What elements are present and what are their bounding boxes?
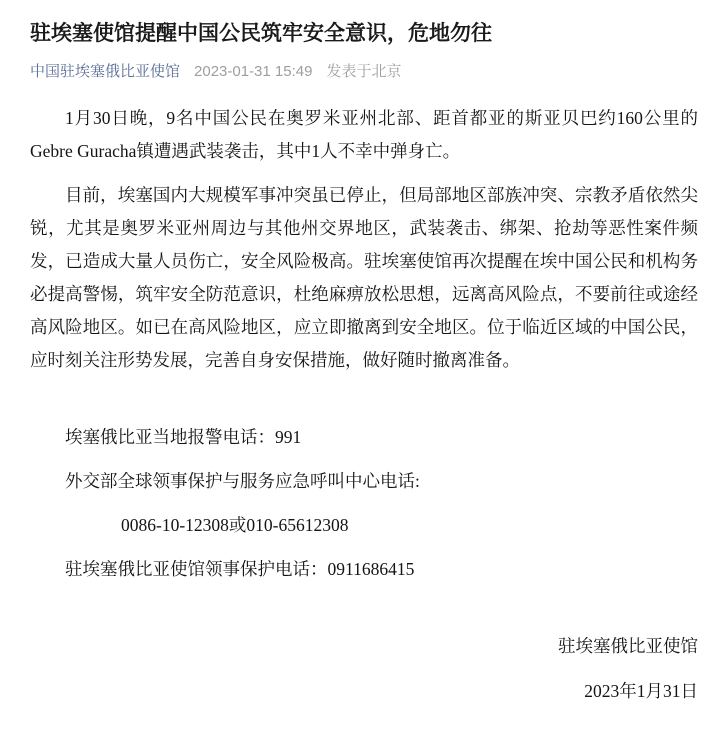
paragraph-incident: 1月30日晚，9名中国公民在奥罗米亚州北部、距首都亚的斯亚贝巴约160公里的Ge… [30, 102, 698, 168]
contact-line-mfa-numbers: 0086-10-12308或010-65612308 [30, 509, 698, 542]
page-title: 驻埃塞使馆提醒中国公民筑牢安全意识，危地勿往 [30, 20, 698, 48]
contact-line-local-police: 埃塞俄比亚当地报警电话：991 [30, 421, 698, 454]
account-link[interactable]: 中国驻埃塞俄比亚使馆 [30, 63, 180, 80]
contact-line-mfa-center: 外交部全球领事保护与服务应急呼叫中心电话: [30, 465, 698, 498]
article-page: 驻埃塞使馆提醒中国公民筑牢安全意识，危地勿往 中国驻埃塞俄比亚使馆2023-01… [0, 0, 728, 708]
signature-name: 驻埃塞俄比亚使馆 [30, 630, 698, 663]
byline: 中国驻埃塞俄比亚使馆2023-01-31 15:49发表于北京 [30, 61, 698, 82]
contact-list: 埃塞俄比亚当地报警电话：991 外交部全球领事保护与服务应急呼叫中心电话: 00… [30, 421, 698, 586]
article-body: 1月30日晚，9名中国公民在奥罗米亚州北部、距首都亚的斯亚贝巴约160公里的Ge… [30, 102, 698, 377]
signature-date: 2023年1月31日 [30, 675, 698, 708]
publish-location: 发表于北京 [326, 63, 401, 80]
publish-time: 2023-01-31 15:49 [194, 63, 312, 80]
contact-line-embassy-protection: 驻埃塞俄比亚使馆领事保护电话：0911686415 [30, 553, 698, 586]
paragraph-advisory: 目前，埃塞国内大规模军事冲突虽已停止，但局部地区部族冲突、宗教矛盾依然尖锐，尤其… [30, 179, 698, 377]
signature-block: 驻埃塞俄比亚使馆 2023年1月31日 [30, 630, 698, 708]
